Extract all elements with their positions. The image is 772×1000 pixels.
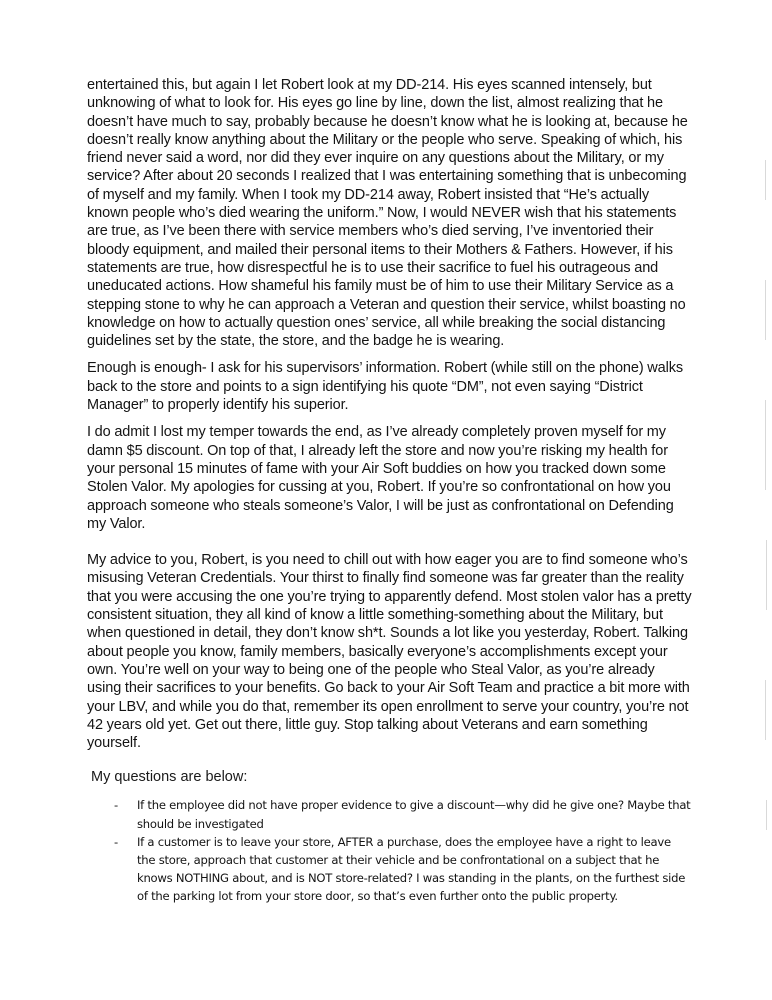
scan-artifact (765, 680, 766, 740)
paragraph-dd214-inspection: entertained this, but again I let Robert… (87, 76, 692, 350)
scan-artifact (765, 280, 766, 340)
dash-bullet-icon: - (114, 833, 118, 851)
question-text: If the employee did not have proper evid… (137, 798, 690, 830)
scan-artifact (766, 800, 767, 830)
paragraph-supervisor-request: Enough is enough- I ask for his supervis… (87, 359, 692, 414)
paragraph-advice: My advice to you, Robert, is you need to… (87, 551, 692, 752)
question-item: - If a customer is to leave your store, … (87, 833, 692, 906)
scanned-document-page: entertained this, but again I let Robert… (0, 0, 772, 1000)
scan-artifact (766, 540, 767, 610)
document-body: entertained this, but again I let Robert… (87, 76, 692, 906)
dash-bullet-icon: - (114, 796, 118, 814)
questions-list: - If the employee did not have proper ev… (87, 796, 692, 905)
scan-artifact (765, 400, 766, 490)
questions-heading: My questions are below: (91, 768, 692, 786)
question-text: If a customer is to leave your store, AF… (137, 835, 685, 904)
scan-artifact (765, 160, 766, 200)
paragraph-lost-temper: I do admit I lost my temper towards the … (87, 423, 692, 533)
question-item: - If the employee did not have proper ev… (87, 796, 692, 832)
